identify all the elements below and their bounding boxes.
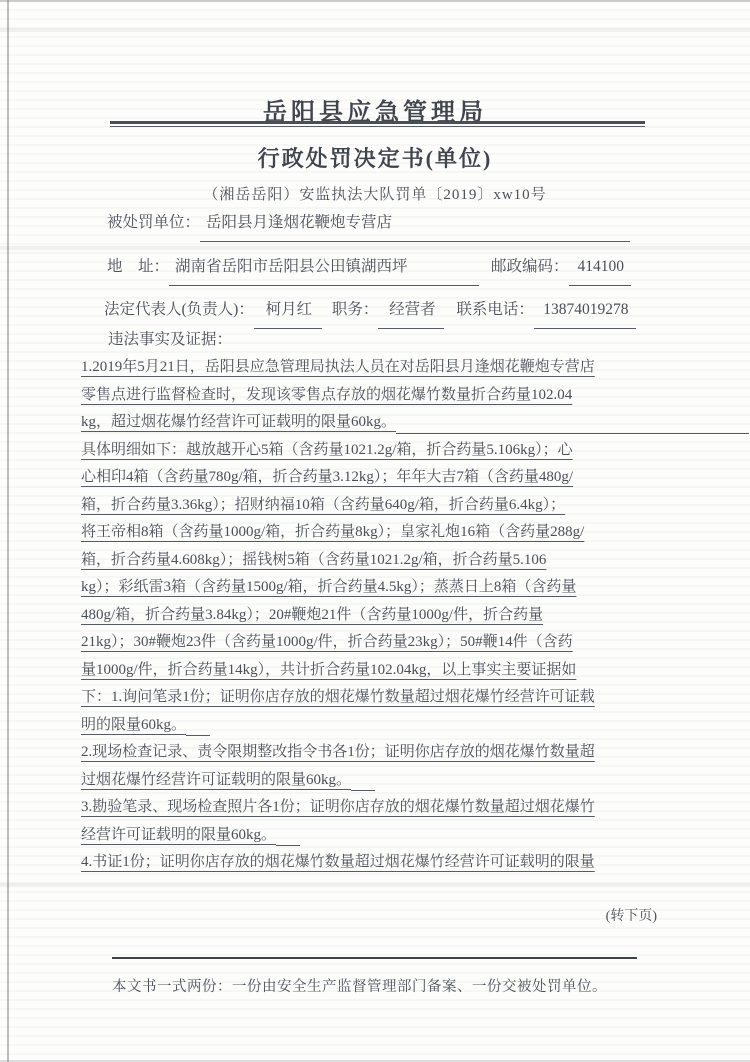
footer-note: 本文书一式两份：一份由安全生产监督管理部门备案、一份交被处罚单位。	[112, 975, 607, 996]
scan-edge-top	[0, 0, 750, 2]
punished-unit-value: 岳阳县月逢烟花鞭炮专营店	[200, 210, 630, 242]
footer-rule	[112, 957, 637, 959]
body-line: kg）；彩纸雷3箱（含药量1500g/箱，折合药量4.5kg）；蒸蒸日上8箱（含…	[81, 574, 663, 602]
title-double-rule	[110, 121, 645, 127]
address-value: 湖南省岳阳市岳阳县公田镇湖西坪	[169, 254, 479, 286]
body-line: kg，超过烟花爆竹经营许可证载明的限量60kg。	[81, 409, 663, 437]
position-label: 职务：	[332, 297, 379, 319]
field-row-punished-unit: 被处罚单位： 岳阳县月逢烟花鞭炮专营店	[107, 210, 630, 242]
body-line: 1.2019年5月21日，岳阳县应急管理局执法人员在对岳阳县月逢烟花鞭炮专营店	[81, 354, 663, 382]
scan-streak	[0, 246, 750, 250]
postal-code-label: 邮政编码：	[491, 254, 569, 276]
violation-facts-section: 违法事实及证据： 1.2019年5月21日，岳阳县应急管理局执法人员在对岳阳县月…	[81, 325, 663, 877]
body-line: 480g/箱，折合药量3.84kg）；20#鞭炮21件（含药量1000g/件，折…	[81, 602, 663, 630]
address-label: 地 址：	[107, 254, 169, 276]
document-number: （湘岳岳阳）安监执法大队罚单〔2019〕xw10号	[0, 183, 750, 204]
body-line: 箱，折合药量3.36kg）；招财纳福10箱（含药量640g/箱，折合药量6.4k…	[81, 492, 663, 520]
underline-tail	[351, 767, 375, 792]
phone-label: 联系电话：	[456, 297, 534, 319]
body-line: 心相印4箱（含药量780g/箱，折合药量3.12kg）；年年大吉7箱（含药量48…	[81, 464, 663, 492]
body-line: 3.勘验笔录、现场检查照片各1份；证明你店存放的烟花爆竹数量超过烟花爆竹	[81, 794, 663, 822]
body-line: 明的限量60kg。	[81, 712, 663, 740]
body-line: 过烟花爆竹经营许可证载明的限量60kg。	[81, 767, 663, 795]
body-line: 零售点进行监督检查时，发现该零售点存放的烟花爆竹数量折合药量102.04	[81, 382, 663, 410]
postal-code-value: 414100	[569, 258, 631, 286]
underline-tail	[276, 822, 300, 847]
body-line: 21kg）；30#鞭炮23件（含药量1000g/件，折合药量23kg）；50#鞭…	[81, 629, 663, 657]
body-line: 下：1.询问笔录1份；证明你店存放的烟花爆竹数量超过烟花爆竹经营许可证载	[81, 684, 663, 712]
scan-streak	[0, 883, 750, 887]
scanned-document-page: 岳阳县应急管理局 行政处罚决定书(单位) （湘岳岳阳）安监执法大队罚单〔2019…	[0, 0, 750, 1062]
body-line: 经营许可证载明的限量60kg。	[81, 822, 663, 850]
page-continuation-note: (转下页)	[606, 905, 657, 925]
punished-unit-label: 被处罚单位：	[107, 210, 200, 232]
body-line: 具体明细如下：越放越开心5箱（含药量1021.2g/箱，折合药量5.106kg）…	[81, 437, 663, 465]
body-line: 将王帝相8箱（含药量1000g/箱，折合药量8kg）；皇家礼炮16箱（含药量28…	[81, 519, 663, 547]
underline-extension	[396, 409, 749, 434]
body-line: 2.现场检查记录、责令限期整改指令书各1份；证明你店存放的烟花爆竹数量超	[81, 739, 663, 767]
scan-streak	[0, 28, 750, 32]
section-heading: 违法事实及证据：	[81, 325, 663, 354]
body-line: 量1000g/件，折合药量14kg），共计折合药量102.04kg，以上事实主要…	[81, 657, 663, 685]
document-title: 行政处罚决定书(单位)	[0, 142, 750, 173]
underline-tail	[186, 712, 210, 737]
body-line: 4.书证1份；证明你店存放的烟花爆竹数量超过烟花爆竹经营许可证载明的限量	[81, 849, 663, 877]
field-row-address: 地 址： 湖南省岳阳市岳阳县公田镇湖西坪 邮政编码： 414100	[107, 254, 631, 286]
body-line: 箱，折合药量4.608kg）；摇钱树5箱（含药量1021.2g/箱，折合药量5.…	[81, 547, 663, 575]
legal-rep-label: 法定代表人(负责人)：	[104, 297, 254, 319]
